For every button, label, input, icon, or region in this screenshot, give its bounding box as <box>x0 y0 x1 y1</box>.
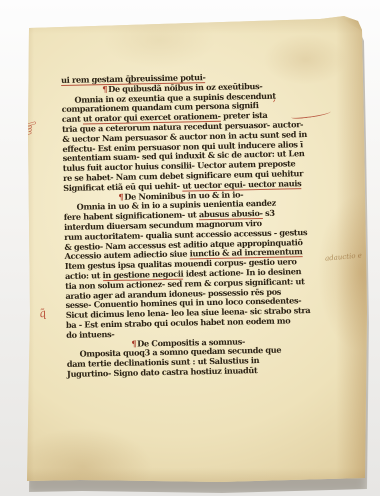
manuscript-leaf: ui rem gestam q̄breuissime potui-¶De qui… <box>20 12 368 486</box>
photo-background: ui rem gestam q̄breuissime potui-¶De qui… <box>0 0 380 496</box>
corner-fold <box>336 16 364 33</box>
text-line-content: do intuens- <box>66 329 114 340</box>
faint-brown-note: adauctio e <box>325 251 362 262</box>
pilcrow-mark: ¶ <box>131 338 136 348</box>
pilcrow-mark: ¶ <box>102 84 107 94</box>
manicule-icon: ☞ <box>13 111 43 145</box>
red-margin-mark: q̃ <box>38 306 48 320</box>
red-tick-mark: ʼ <box>272 98 276 111</box>
pilcrow-mark: ¶ <box>118 191 123 201</box>
